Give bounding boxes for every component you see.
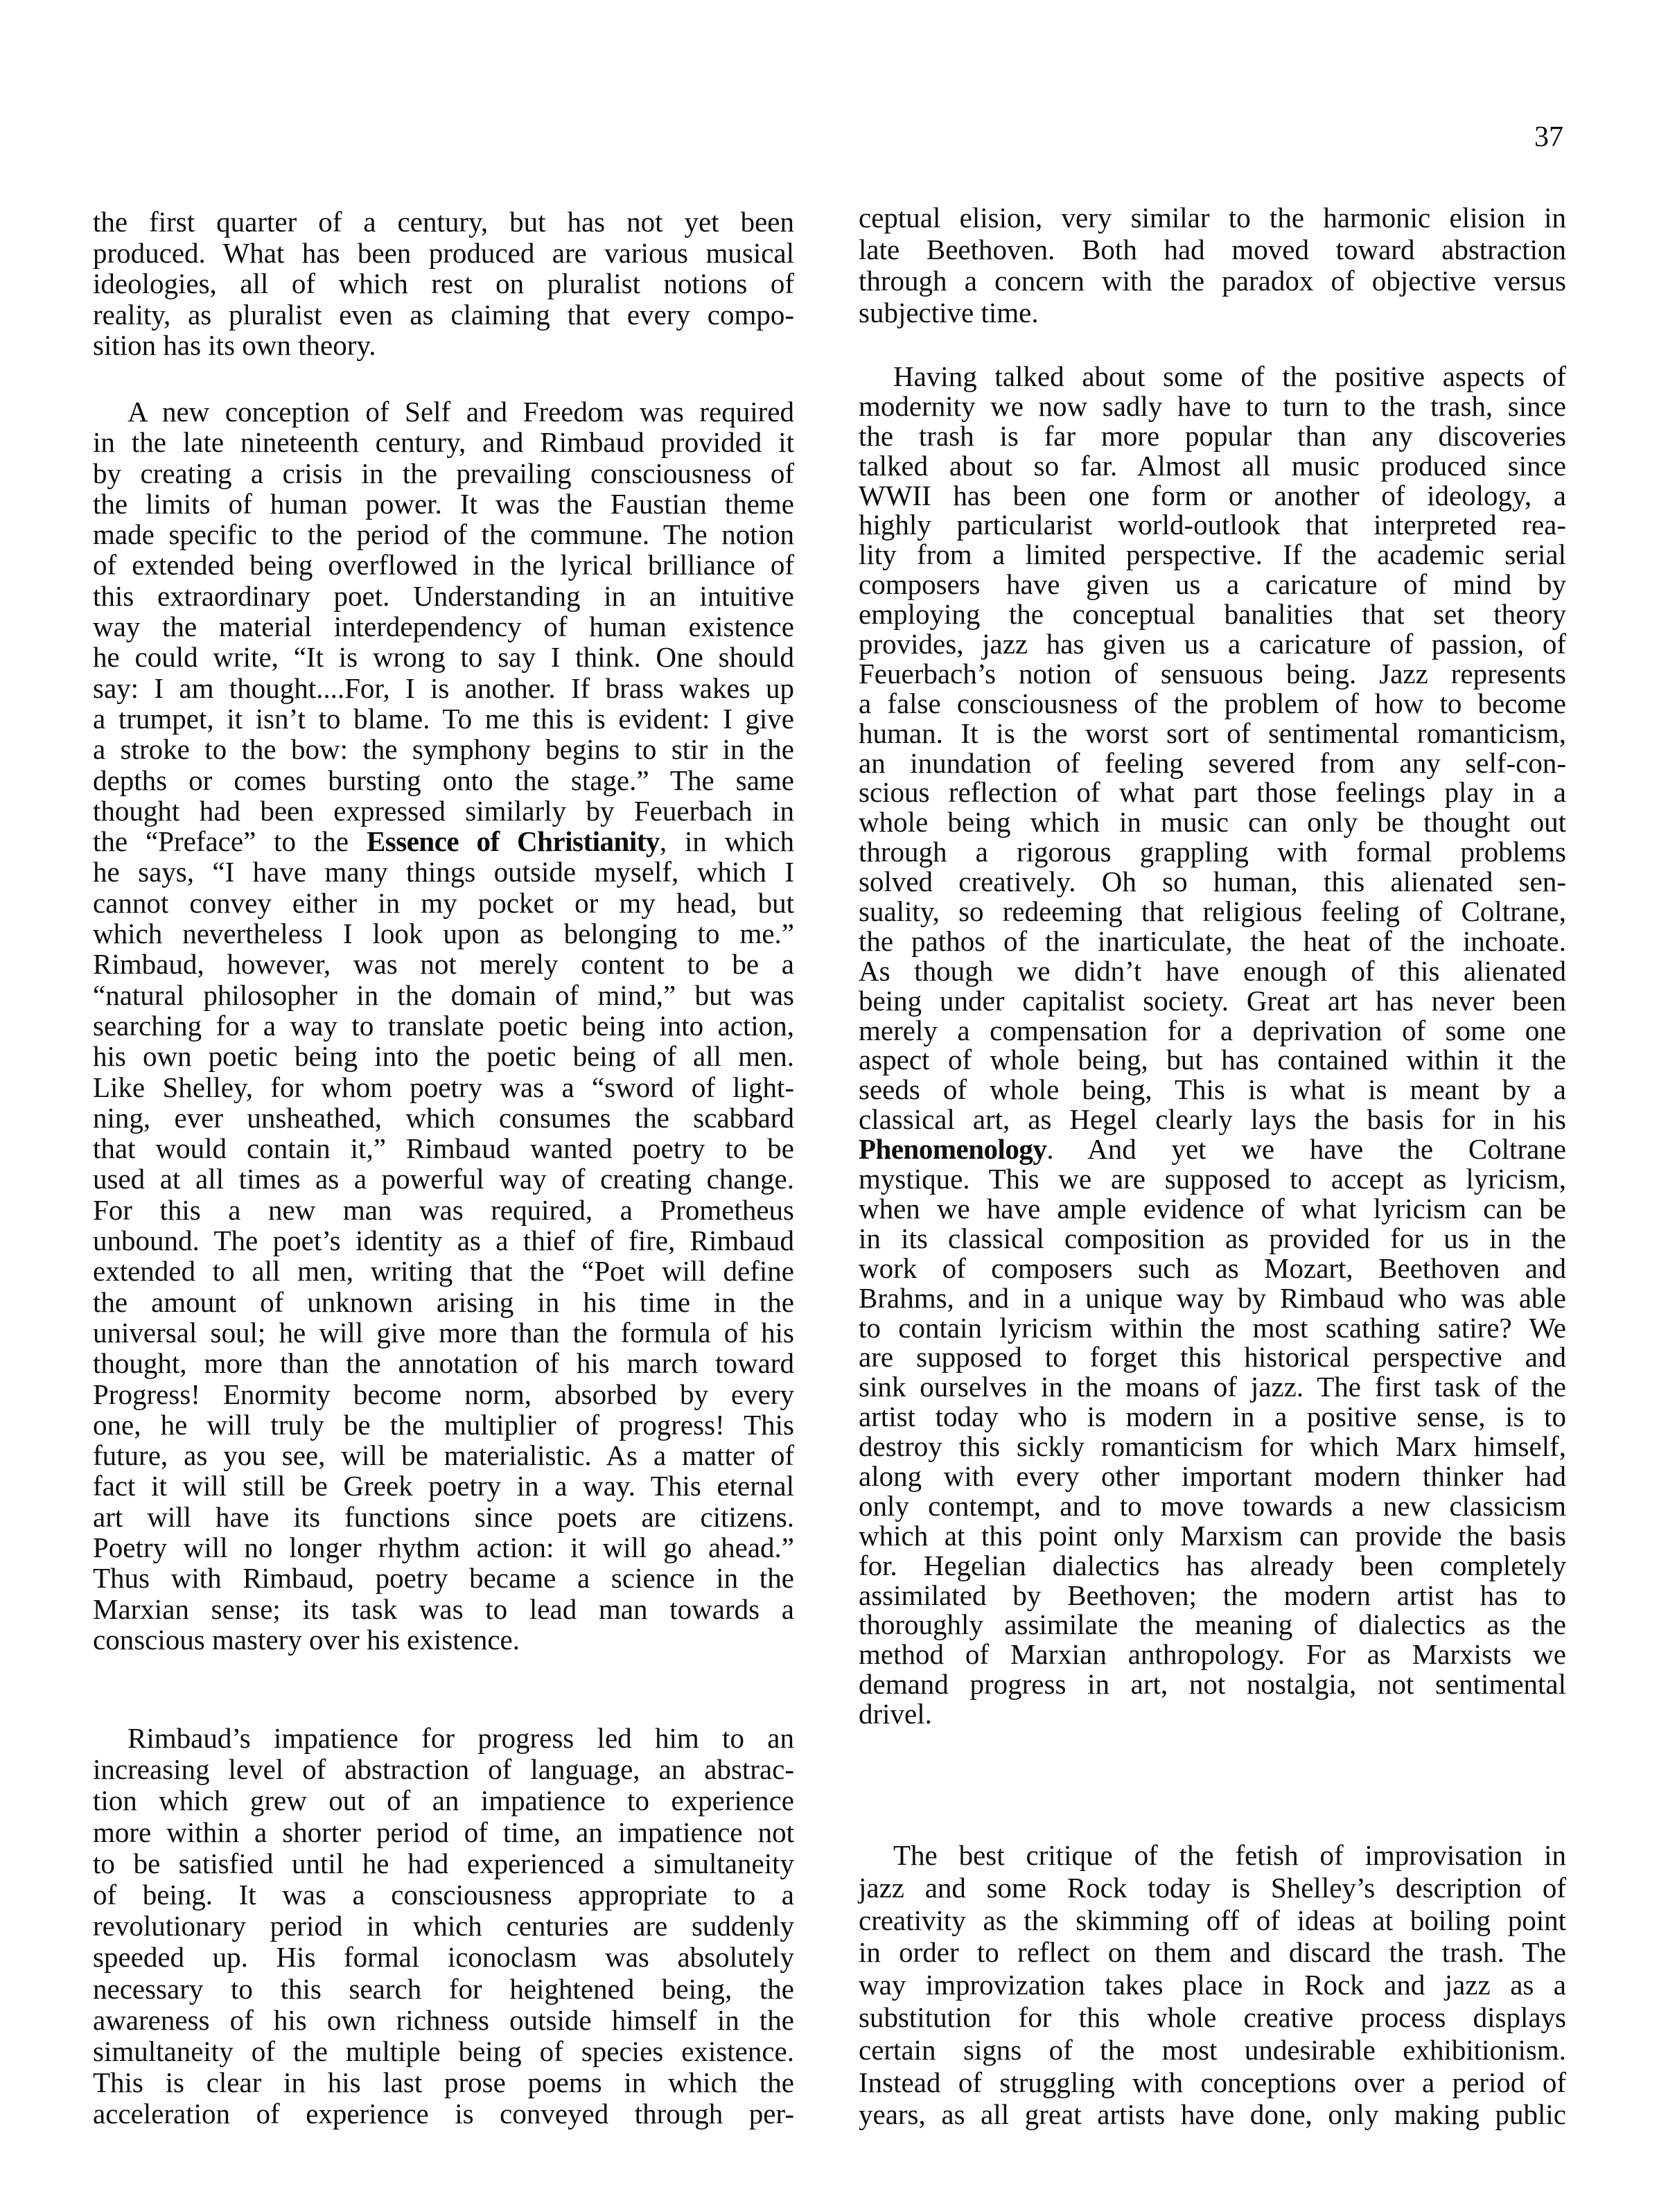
text-line: extended to all men, writing that the “P… xyxy=(93,1256,794,1286)
text-line: sition has its own theory. xyxy=(93,330,794,361)
text-line: increasing level of abstraction of langu… xyxy=(93,1754,794,1785)
text-line: which at this point only Marxism can pro… xyxy=(859,1521,1566,1551)
page-number: 37 xyxy=(1522,122,1563,152)
paragraph: Rimbaud’s impatience for progress led hi… xyxy=(93,1723,794,2130)
text-line: provides, jazz has given us a caricature… xyxy=(859,629,1566,659)
text-line: Feuerbach’s notion of sensuous being. Ja… xyxy=(859,659,1566,689)
text-line: substitution for this whole creative pro… xyxy=(859,2001,1566,2034)
text-line: Instead of struggling with conceptions o… xyxy=(859,2066,1566,2099)
text-line: through a concern with the paradox of ob… xyxy=(859,265,1566,297)
text-line: through a rigorous grappling with formal… xyxy=(859,837,1566,867)
paragraph: A new conception of Self and Freedom was… xyxy=(93,396,794,1655)
text-line: Like Shelley, for whom poetry was a “swo… xyxy=(93,1072,794,1103)
text-line: modernity we now sadly have to turn to t… xyxy=(859,392,1566,421)
text-line: WWII has been one form or another of ide… xyxy=(859,481,1566,511)
text-line: Rimbaud, however, was not merely content… xyxy=(93,949,794,979)
text-line: art will have its functions since poets … xyxy=(93,1502,794,1532)
text-line: ceptual elision, very similar to the har… xyxy=(859,202,1566,234)
text-line: Marxian sense; its task was to lead man … xyxy=(93,1594,794,1624)
text-line: work of composers such as Mozart, Beetho… xyxy=(859,1254,1566,1283)
text-line: tion which grew out of an impatience to … xyxy=(93,1785,794,1816)
text-line: “natural philosopher in the domain of mi… xyxy=(93,980,794,1010)
text-line: mystique. This we are supposed to accept… xyxy=(859,1164,1566,1194)
text-line: method of Marxian anthropology. For as M… xyxy=(859,1640,1566,1669)
text-line: the first quarter of a century, but has … xyxy=(93,207,794,238)
text-line: This is clear in his last prose poems in… xyxy=(93,2067,794,2098)
text-line: a trumpet, it isn’t to blame. To me this… xyxy=(93,703,794,734)
text-line: suality, so redeeming that religious fee… xyxy=(859,897,1566,927)
text-line: in its classical composition as provided… xyxy=(859,1224,1566,1254)
text-line: assimilated by Beethoven; the modern art… xyxy=(859,1581,1566,1610)
text-line: demand progress in art, not nostalgia, n… xyxy=(859,1669,1566,1699)
text-line: of extended being overflowed in the lyri… xyxy=(93,550,794,580)
text-line: subjective time. xyxy=(859,297,1566,329)
text-line: fact it will still be Greek poetry in a … xyxy=(93,1471,794,1501)
text-line: ideologies, all of which rest on plurali… xyxy=(93,268,794,299)
text-line: the amount of unknown arising in his tim… xyxy=(93,1287,794,1317)
text-line: simultaneity of the multiple being of sp… xyxy=(93,2036,794,2067)
text-line: produced. What has been produced are var… xyxy=(93,238,794,269)
text-line: which nevertheless I look upon as belong… xyxy=(93,918,794,949)
paragraph: Having talked about some of the positive… xyxy=(859,362,1566,1729)
text-line: that would contain it,” Rimbaud wanted p… xyxy=(93,1133,794,1164)
text-line: conscious mastery over his existence. xyxy=(93,1624,794,1655)
text-line: being under capitalist society. Great ar… xyxy=(859,986,1566,1016)
text-line: drivel. xyxy=(859,1699,1566,1729)
text-line: The best critique of the fetish of impro… xyxy=(859,1839,1566,1872)
text-line: merely a compensation for a deprivation … xyxy=(859,1016,1566,1046)
text-line: human. It is the worst sort of sentiment… xyxy=(859,719,1566,748)
text-line: jazz and some Rock today is Shelley’s de… xyxy=(859,1872,1566,1904)
text-line: artist today who is modern in a positive… xyxy=(859,1402,1566,1432)
text-line: composers have given us a caricature of … xyxy=(859,570,1566,599)
text-line: the limits of human power. It was the Fa… xyxy=(93,489,794,519)
text-line: For this a new man was required, a Prome… xyxy=(93,1195,794,1225)
text-line: scious reflection of what part those fee… xyxy=(859,778,1566,807)
text-line: he says, “I have many things outside mys… xyxy=(93,857,794,887)
paragraph: the first quarter of a century, but has … xyxy=(93,207,794,361)
text-line: thoroughly assimilate the meaning of dia… xyxy=(859,1610,1566,1640)
text-line: more within a shorter period of time, an… xyxy=(93,1817,794,1848)
text-line: cannot convey either in my pocket or my … xyxy=(93,888,794,918)
text-line: awareness of his own richness outside hi… xyxy=(93,2005,794,2036)
text-line: creativity as the skimming off of ideas … xyxy=(859,1904,1566,1937)
text-line: certain signs of the most undesirable ex… xyxy=(859,2034,1566,2066)
text-line: in order to reflect on them and discard … xyxy=(859,1936,1566,1969)
text-line: way improvization takes place in Rock an… xyxy=(859,1969,1566,2001)
text-line: employing the conceptual banalities that… xyxy=(859,599,1566,629)
text-line: a false consciousness of the problem of … xyxy=(859,689,1566,719)
text-line: universal soul; he will give more than t… xyxy=(93,1317,794,1348)
text-line: an inundation of feeling severed from an… xyxy=(859,748,1566,778)
text-line: a stroke to the bow: the symphony begins… xyxy=(93,734,794,764)
text-line: future, as you see, will be materialisti… xyxy=(93,1440,794,1471)
text-line: highly particularist world-outlook that … xyxy=(859,510,1566,540)
text-line: the pathos of the inarticulate, the heat… xyxy=(859,927,1566,956)
text-line: seeds of whole being, This is what is me… xyxy=(859,1075,1566,1105)
text-line: made specific to the period of the commu… xyxy=(93,519,794,550)
text-line: when we have ample evidence of what lyri… xyxy=(859,1194,1566,1224)
text-line: unbound. The poet’s identity as a thief … xyxy=(93,1225,794,1256)
text-line: the trash is far more popular than any d… xyxy=(859,421,1566,451)
text-line: Progress! Enormity become norm, absorbed… xyxy=(93,1379,794,1410)
text-line: lity from a limited perspective. If the … xyxy=(859,540,1566,570)
text-line: way the material interdependency of huma… xyxy=(93,611,794,642)
text-line: solved creatively. Oh so human, this ali… xyxy=(859,867,1566,897)
text-line: Poetry will no longer rhythm action: it … xyxy=(93,1532,794,1563)
text-line: talked about so far. Almost all music pr… xyxy=(859,451,1566,481)
text-line: by creating a crisis in the prevailing c… xyxy=(93,458,794,489)
text-line: his own poetic being into the poetic bei… xyxy=(93,1041,794,1071)
book-title: Essence of Christianity xyxy=(367,825,660,857)
text-line: acceleration of experience is conveyed t… xyxy=(93,2098,794,2130)
book-title: Phenomenology xyxy=(859,1133,1046,1165)
text-line: he could write, “It is wrong to say I th… xyxy=(93,642,794,672)
text-line: Thus with Rimbaud, poetry became a scien… xyxy=(93,1563,794,1593)
text-line: one, he will truly be the multiplier of … xyxy=(93,1410,794,1440)
text-line: thought had been expressed similarly by … xyxy=(93,796,794,826)
text-line: the “Preface” to the Essence of Christia… xyxy=(93,826,794,857)
text-line: speeded up. His formal iconoclasm was ab… xyxy=(93,1942,794,1973)
text-line: of being. It was a consciousness appropr… xyxy=(93,1879,794,1911)
text-line: late Beethoven. Both had moved toward ab… xyxy=(859,234,1566,266)
text-line: reality, as pluralist even as claiming t… xyxy=(93,299,794,331)
text-line: Rimbaud’s impatience for progress led hi… xyxy=(93,1723,794,1754)
text-line: in the late nineteenth century, and Rimb… xyxy=(93,427,794,457)
text-line: to be satisfied until he had experienced… xyxy=(93,1848,794,1879)
text-line: destroy this sickly romanticism for whic… xyxy=(859,1432,1566,1461)
text-line: years, as all great artists have done, o… xyxy=(859,2098,1566,2131)
text-line: classical art, as Hegel clearly lays the… xyxy=(859,1105,1566,1134)
text-line: say: I am thought....For, I is another. … xyxy=(93,673,794,703)
text-line: depths or comes bursting onto the stage.… xyxy=(93,765,794,796)
text-line: whole being which in music can only be t… xyxy=(859,807,1566,837)
text-line: Brahms, and in a unique way by Rimbaud w… xyxy=(859,1283,1566,1313)
text-line: along with every other important modern … xyxy=(859,1461,1566,1491)
text-line: to contain lyricism within the most scat… xyxy=(859,1313,1566,1343)
text-line: searching for a way to translate poetic … xyxy=(93,1010,794,1041)
text-line: ning, ever unsheathed, which consumes th… xyxy=(93,1103,794,1133)
text-line: thought, more than the annotation of his… xyxy=(93,1348,794,1378)
text-line: used at all times as a powerful way of c… xyxy=(93,1164,794,1194)
text-line: revolutionary period in which centuries … xyxy=(93,1911,794,1942)
text-line: for. Hegelian dialectics has already bee… xyxy=(859,1551,1566,1581)
text-line: Phenomenology. And yet we have the Coltr… xyxy=(859,1134,1566,1164)
text-line: only contempt, and to move towards a new… xyxy=(859,1491,1566,1521)
paragraph: The best critique of the fetish of impro… xyxy=(859,1839,1566,2131)
text-line: necessary to this search for heightened … xyxy=(93,1974,794,2005)
text-line: As though we didn’t have enough of this … xyxy=(859,956,1566,986)
paragraph: ceptual elision, very similar to the har… xyxy=(859,202,1566,328)
text-line: are supposed to forget this historical p… xyxy=(859,1342,1566,1372)
text-line: this extraordinary poet. Understanding i… xyxy=(93,581,794,611)
text-line: Having talked about some of the positive… xyxy=(859,362,1566,392)
text-line: sink ourselves in the moans of jazz. The… xyxy=(859,1372,1566,1402)
text-line: A new conception of Self and Freedom was… xyxy=(93,396,794,427)
text-line: aspect of whole being, but has contained… xyxy=(859,1045,1566,1075)
